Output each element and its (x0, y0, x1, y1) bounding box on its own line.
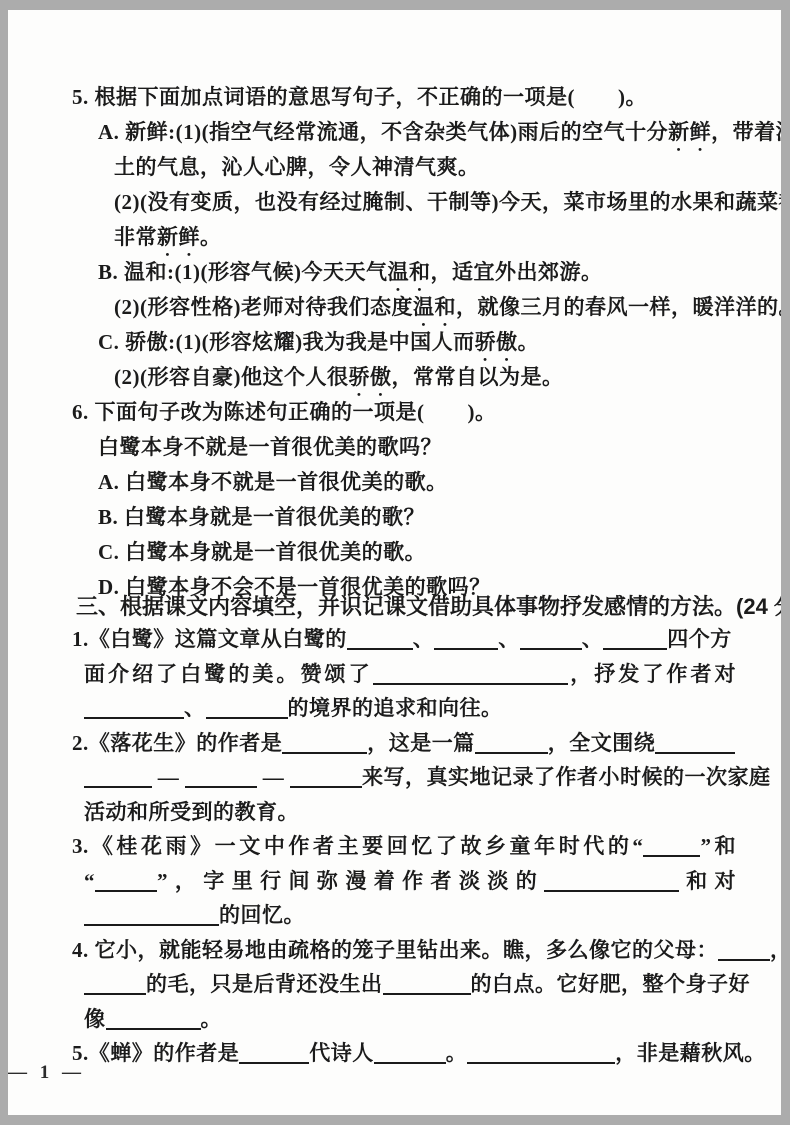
text-run: ，抒发了作者对 (568, 662, 736, 686)
text-run: ，就像三月的春风一样，暖洋洋的。 (456, 295, 781, 319)
answer-blank (373, 683, 568, 685)
q5-stem: 5. 根据下面加点词语的意思写句子，不正确的一项是( )。 (72, 80, 736, 115)
text-run: ，非是藉秋风。 (615, 1041, 766, 1065)
text-run: ，全文围绕 (548, 731, 656, 755)
s3-q3-line1: 3.《桂花雨》一文中作者主要回忆了故乡童年时代的“”和 (72, 829, 736, 864)
q5-option-c-line1: C. 骄傲:(1)(形容炫耀)我为我是中国人而骄傲。 (72, 325, 736, 360)
page-number: — 1 — (8, 1062, 85, 1084)
text-run: 四个方 (667, 627, 732, 651)
answer-blank (718, 959, 770, 961)
text-run: 。 (446, 1041, 468, 1065)
q6-stem: 6. 下面句子改为陈述句正确的一项是( )。 (72, 395, 736, 430)
text-run: 5. 根据下面加点词语的意思写句子，不正确的一项是( )。 (72, 85, 647, 109)
text-run: 3.《桂花雨》一文中作者主要回忆了故乡童年时代的“ (72, 834, 643, 858)
answer-blank (467, 1062, 615, 1064)
q5-option-a-line1: A. 新鲜:(1)(指空气经常流通，不含杂类气体)雨后的空气十分新鲜，带着泥 (72, 115, 736, 150)
text-run: (2)(形容性格)老师对待我们态度 (114, 295, 413, 319)
text-run: “ (84, 869, 95, 893)
answer-blank (282, 752, 367, 754)
text-run: (2)(没有变质，也没有经过腌制、干制等)今天，菜市场里的水果和蔬菜都 (114, 190, 781, 214)
s3-q4-line1: 4. 它小，就能轻易地由疏格的笼子里钻出来。瞧，多么像它的父母：， (72, 933, 736, 968)
q5-option-b-line2: (2)(形容性格)老师对待我们态度温和，就像三月的春风一样，暖洋洋的。 (72, 290, 736, 325)
s3-q3-line2: “”，字里行间弥漫着作者淡淡的和对 (72, 864, 736, 899)
emphasized-word: 骄傲 (348, 365, 391, 389)
text-run: B. 温和:(1)(形容气候)今天天气 (98, 260, 387, 284)
s3-q2-line3: 活动和所受到的教育。 (72, 795, 736, 830)
text-run: 的白点。它好肥，整个身子好 (471, 972, 751, 996)
answer-blank (206, 717, 288, 719)
text-run: 、 (413, 627, 435, 651)
q5-option-a-line3: (2)(没有变质，也没有经过腌制、干制等)今天，菜市场里的水果和蔬菜都 (72, 185, 736, 220)
text-run: 来写，真实地记录了作者小时候的一次家庭 (362, 765, 771, 789)
s3-q3-line3: 的回忆。 (72, 898, 736, 933)
text-run: 、 (498, 627, 520, 651)
answer-blank (84, 717, 184, 719)
text-run: ，适宜外出郊游。 (430, 260, 602, 284)
text-run: ，带着泥 (711, 120, 781, 144)
answer-blank (84, 993, 146, 995)
q6-option-c: C. 白鹭本身就是一首很优美的歌。 (72, 535, 736, 570)
text-run: C. 骄傲:(1)(形容炫耀)我为我是中国人而 (98, 330, 475, 354)
q5-option-b-line1: B. 温和:(1)(形容气候)今天天气温和，适宜外出郊游。 (72, 255, 736, 290)
answer-blank (643, 855, 700, 857)
text-run: 1.《白鹭》这篇文章从白鹭的 (72, 627, 347, 651)
s3-q2-line2: — — 来写，真实地记录了作者小时候的一次家庭 (72, 760, 736, 795)
emphasized-word: 骄傲 (475, 330, 518, 354)
text-run: ， (770, 938, 781, 962)
text-run: — (257, 765, 290, 789)
text-run: 的回忆。 (219, 903, 305, 927)
s3-q4-line2: 的毛，只是后背还没生出的白点。它好肥，整个身子好 (72, 967, 736, 1002)
text-run: 5.《蝉》的作者是 (72, 1041, 239, 1065)
answer-blank (290, 786, 362, 788)
text-run: 土的气息，沁人心脾，令人神清气爽。 (114, 155, 480, 179)
answer-blank (185, 786, 257, 788)
text-run: 的毛，只是后背还没生出 (146, 972, 383, 996)
answer-blank (603, 648, 667, 650)
q5-option-a-line4: 非常新鲜。 (72, 220, 736, 255)
text-run: 和对 (679, 869, 736, 893)
text-run: 。 (200, 225, 222, 249)
s3-q1-line1: 1.《白鹭》这篇文章从白鹭的、、、四个方 (72, 622, 736, 657)
exam-text-column: 5. 根据下面加点词语的意思写句子，不正确的一项是( )。A. 新鲜:(1)(指… (72, 80, 736, 1071)
text-run: 的境界的追求和向往。 (288, 696, 503, 720)
text-run: ，常常自以为是。 (391, 365, 563, 389)
text-run: 。 (518, 330, 540, 354)
answer-blank (544, 890, 679, 892)
s3-q1-line2: 面介绍了白鹭的美。赞颂了，抒发了作者对 (72, 657, 736, 692)
s3-q4-line3: 像。 (72, 1002, 736, 1037)
text-run: 活动和所受到的教育。 (84, 800, 299, 824)
text-run: 面介绍了白鹭的美。赞颂了 (84, 662, 373, 686)
q5-option-a-line2: 土的气息，沁人心脾，令人神清气爽。 (72, 150, 736, 185)
text-run: A. 新鲜:(1)(指空气经常流通，不含杂类气体)雨后的空气十分 (98, 120, 668, 144)
text-run: 白鹭本身不就是一首很优美的歌吗？ (98, 435, 442, 459)
answer-blank (520, 648, 582, 650)
answer-blank (374, 1062, 446, 1064)
q5-option-c-line2: (2)(形容自豪)他这个人很骄傲，常常自以为是。 (72, 360, 736, 395)
text-run: 、 (184, 696, 206, 720)
text-run: 6. 下面句子改为陈述句正确的一项是( )。 (72, 400, 497, 424)
answer-blank (84, 924, 219, 926)
emphasized-word: 温和 (387, 260, 430, 284)
s3-q5-line1: 5.《蝉》的作者是代诗人。，非是藉秋风。 (72, 1036, 736, 1071)
q6-option-a: A. 白鹭本身不就是一首很优美的歌。 (72, 465, 736, 500)
answer-blank (95, 890, 157, 892)
answer-blank (383, 993, 471, 995)
text-run: 像 (84, 1007, 106, 1031)
answer-blank (106, 1028, 201, 1030)
s3-q2-line1: 2.《落花生》的作者是，这是一篇，全文围绕 (72, 726, 736, 761)
scanned-exam-page: 5. 根据下面加点词语的意思写句子，不正确的一项是( )。A. 新鲜:(1)(指… (8, 10, 781, 1115)
answer-blank (347, 648, 413, 650)
text-run: 、 (582, 627, 604, 651)
q6-sentence: 白鹭本身不就是一首很优美的歌吗？ (72, 430, 736, 465)
answer-blank (475, 752, 548, 754)
text-run: — (152, 765, 185, 789)
q6-option-b: B. 白鹭本身就是一首很优美的歌？ (72, 500, 736, 535)
emphasized-word: 温和 (413, 295, 456, 319)
text-run: ”和 (700, 834, 736, 858)
answer-blank (239, 1062, 309, 1064)
text-run: 三、根据课文内容填空，并识记课文借助具体事物抒发感情的方法。(24 分) (76, 594, 781, 619)
s3-q1-line3: 、的境界的追求和向往。 (72, 691, 736, 726)
text-run: C. 白鹭本身就是一首很优美的歌。 (98, 540, 426, 564)
text-run: 代诗人 (309, 1041, 374, 1065)
text-run: ”，字里行间弥漫着作者淡淡的 (157, 869, 544, 893)
answer-blank (84, 786, 152, 788)
section3-title: 三、根据课文内容填空，并识记课文借助具体事物抒发感情的方法。(24 分) (76, 592, 736, 622)
answer-blank (434, 648, 498, 650)
answer-blank (655, 752, 735, 754)
text-run: ，这是一篇 (367, 731, 475, 755)
text-run: 。 (201, 1007, 223, 1031)
emphasized-word: 新鲜 (668, 120, 711, 144)
text-run: A. 白鹭本身不就是一首很优美的歌。 (98, 470, 448, 494)
text-run: (2)(形容自豪)他这个人很 (114, 365, 348, 389)
text-run: B. 白鹭本身就是一首很优美的歌？ (98, 505, 425, 529)
text-run: 2.《落花生》的作者是 (72, 731, 282, 755)
emphasized-word: 新鲜 (157, 225, 200, 249)
text-run: 非常 (114, 225, 157, 249)
text-run: 4. 它小，就能轻易地由疏格的笼子里钻出来。瞧，多么像它的父母： (72, 938, 718, 962)
